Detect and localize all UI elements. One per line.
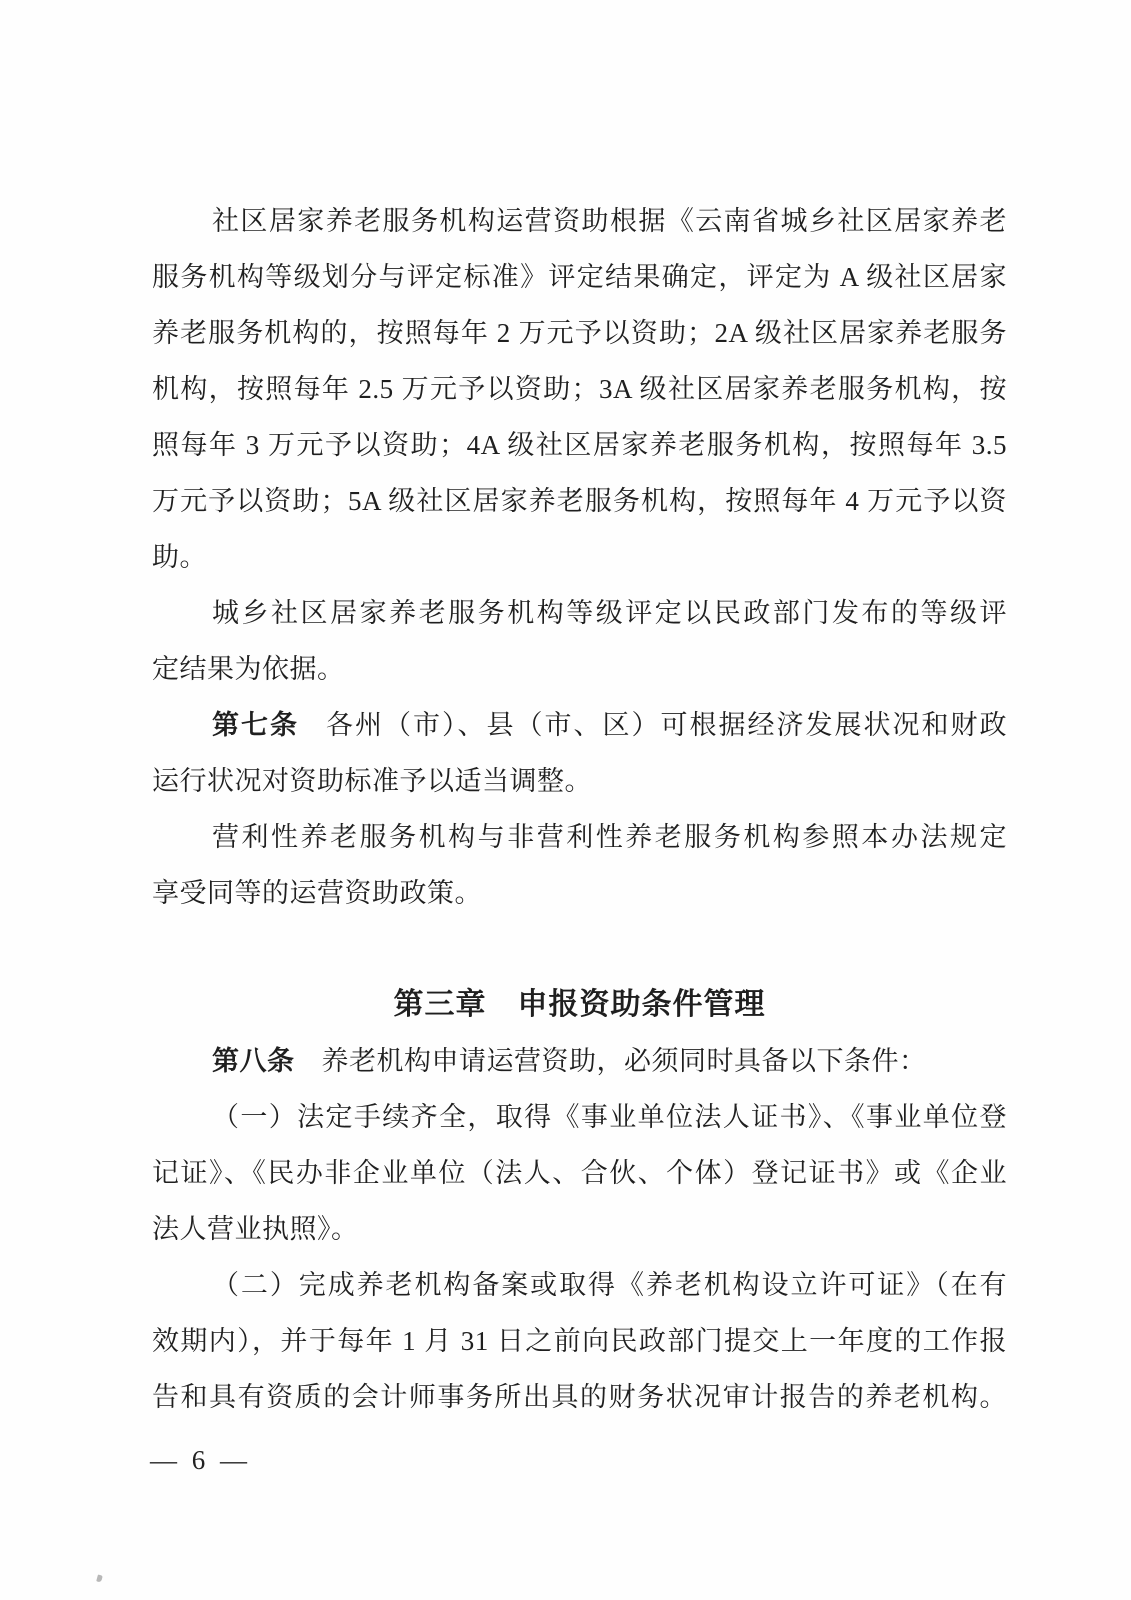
text-line: 机构，按照每年 2.5 万元予以资助；3A 级社区居家养老服务机构，按	[152, 361, 1007, 417]
text-line: 第七条各州（市）、县（市、区）可根据经济发展状况和财政	[152, 697, 1007, 753]
text-line: 营利性养老服务机构与非营利性养老服务机构参照本办法规定	[152, 809, 1007, 865]
chapter-heading: 第三章 申报资助条件管理	[152, 977, 1007, 1033]
text-line: 法人营业执照》。	[152, 1201, 1007, 1257]
document-page: 社区居家养老服务机构运营资助根据《云南省城乡社区居家养老 服务机构等级划分与评定…	[152, 193, 1007, 1425]
text-line: 养老服务机构的，按照每年 2 万元予以资助；2A 级社区居家养老服务	[152, 305, 1007, 361]
article-text: 养老机构申请运营资助，必须同时具备以下条件：	[322, 1046, 927, 1076]
page-number: — 6 —	[150, 1440, 251, 1480]
article-number: 第七条	[212, 710, 299, 740]
text-line: 助。	[152, 529, 1007, 585]
article-text: 各州（市）、县（市、区）可根据经济发展状况和财政	[326, 710, 1007, 740]
text-line: 享受同等的运营资助政策。	[152, 865, 1007, 921]
article-number: 第八条	[212, 1046, 295, 1076]
text-line: 社区居家养老服务机构运营资助根据《云南省城乡社区居家养老	[152, 193, 1007, 249]
text-line: 效期内），并于每年 1 月 31 日之前向民政部门提交上一年度的工作报	[152, 1313, 1007, 1369]
text-line: 告和具有资质的会计师事务所出具的财务状况审计报告的养老机构。	[152, 1369, 1007, 1425]
text-line: 运行状况对资助标准予以适当调整。	[152, 753, 1007, 809]
text-line: 第八条养老机构申请运营资助，必须同时具备以下条件：	[152, 1033, 1007, 1089]
text-line: 定结果为依据。	[152, 641, 1007, 697]
text-line: 照每年 3 万元予以资助；4A 级社区居家养老服务机构，按照每年 3.5	[152, 417, 1007, 473]
text-line: 记证》、《民办非企业单位（法人、合伙、个体）登记证书》或《企业	[152, 1145, 1007, 1201]
text-line: （二）完成养老机构备案或取得《养老机构设立许可证》（在有	[152, 1257, 1007, 1313]
scan-artifact	[96, 1574, 103, 1582]
text-line: 万元予以资助；5A 级社区居家养老服务机构，按照每年 4 万元予以资	[152, 473, 1007, 529]
text-line: （一）法定手续齐全，取得《事业单位法人证书》、《事业单位登	[152, 1089, 1007, 1145]
text-line: 服务机构等级划分与评定标准》评定结果确定，评定为 A 级社区居家	[152, 249, 1007, 305]
text-line: 城乡社区居家养老服务机构等级评定以民政部门发布的等级评	[152, 585, 1007, 641]
